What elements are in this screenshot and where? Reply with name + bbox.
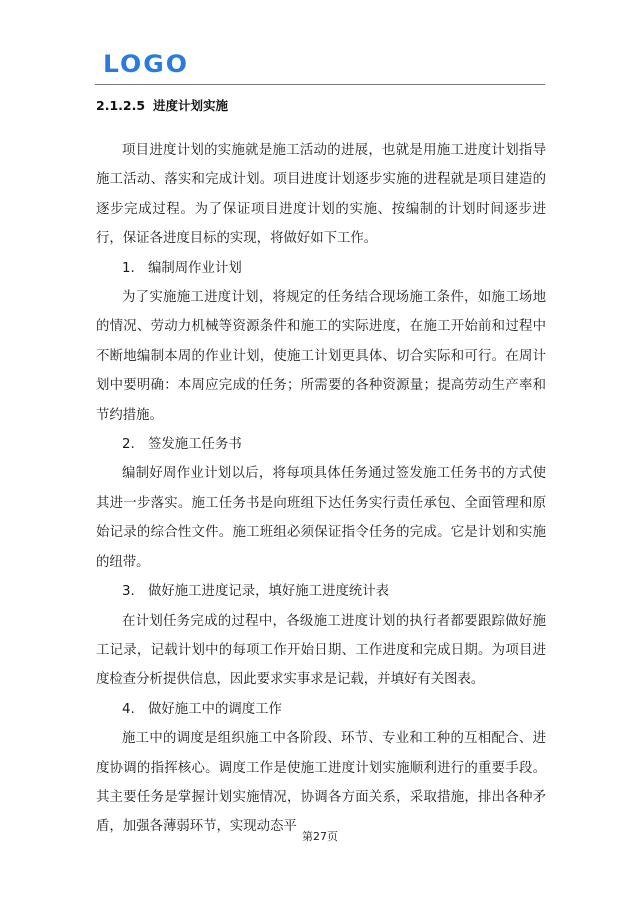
header-divider bbox=[95, 84, 545, 85]
page-number: 第27页 bbox=[0, 828, 640, 844]
list-title: 做好施工进度记录，填好施工进度统计表 bbox=[148, 584, 389, 599]
list-title: 做好施工中的调度工作 bbox=[148, 702, 282, 717]
list-number: 2. bbox=[122, 430, 148, 459]
list-title: 签发施工任务书 bbox=[148, 437, 242, 452]
section-heading: 2.1.2.5进度计划实施 bbox=[96, 96, 228, 114]
list-item-paragraph-4: 施工中的调度是组织施工中各阶段、环节、专业和工种的互相配合、进度协调的指挥核心。… bbox=[96, 724, 546, 842]
document-body: 项目进度计划的实施就是施工活动的进展，也就是用施工进度计划指导施工活动、落实和完… bbox=[96, 136, 546, 842]
list-title: 编制周作业计划 bbox=[148, 261, 242, 276]
list-item-heading-1: 1.编制周作业计划 bbox=[96, 254, 546, 283]
logo: LOGO bbox=[103, 50, 189, 78]
intro-paragraph: 项目进度计划的实施就是施工活动的进展，也就是用施工进度计划指导施工活动、落实和完… bbox=[96, 136, 546, 254]
list-item-paragraph-2: 编制好周作业计划以后，将每项具体任务通过签发施工任务书的方式使其进一步落实。施工… bbox=[96, 459, 546, 577]
list-item-paragraph-1: 为了实施施工进度计划，将规定的任务结合现场施工条件，如施工场地的情况、劳动力机械… bbox=[96, 283, 546, 430]
list-item-paragraph-3: 在计划任务完成的过程中，各级施工进度计划的执行者都要跟踪做好施工记录，记载计划中… bbox=[96, 607, 546, 695]
list-item-heading-4: 4.做好施工中的调度工作 bbox=[96, 695, 546, 724]
list-item-heading-3: 3.做好施工进度记录，填好施工进度统计表 bbox=[96, 577, 546, 606]
list-number: 1. bbox=[122, 254, 148, 283]
section-title: 进度计划实施 bbox=[153, 98, 228, 113]
list-item-heading-2: 2.签发施工任务书 bbox=[96, 430, 546, 459]
section-number: 2.1.2.5 bbox=[96, 98, 145, 113]
list-number: 4. bbox=[122, 695, 148, 724]
list-number: 3. bbox=[122, 577, 148, 606]
